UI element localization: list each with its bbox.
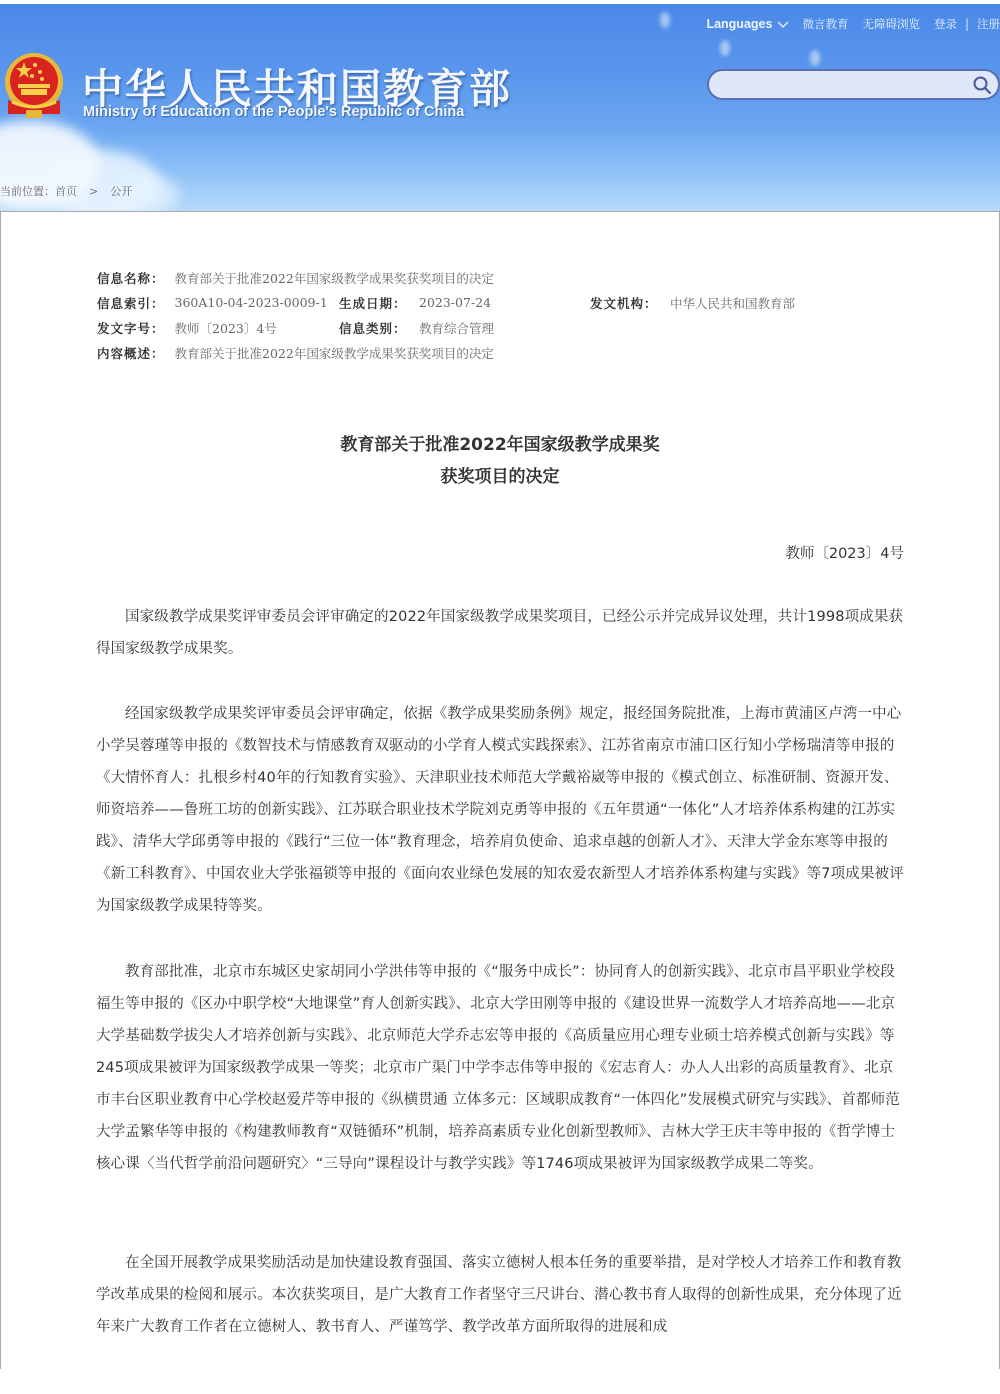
dandelion-decoration (720, 40, 730, 56)
login-link[interactable]: 登录 (934, 16, 957, 32)
breadcrumb-separator-icon: > (89, 185, 98, 198)
breadcrumb: 当前位置： 首页 > 公开 (0, 183, 132, 199)
search-input[interactable] (709, 71, 959, 98)
info-name-value: 教育部关于批准2022年国家级教学成果奖获奖项目的决定 (175, 269, 494, 287)
meta-row-name: 信息名称： 教育部关于批准2022年国家级教学成果奖获奖项目的决定 (97, 265, 494, 290)
top-links: Languages 微言教育 无障碍浏览 登录 | 注册 (706, 16, 1000, 32)
docno-value: 教师〔2023〕4号 (175, 319, 277, 337)
languages-dropdown[interactable]: Languages (706, 17, 772, 31)
site-subtitle[interactable]: Ministry of Education of the People's Re… (83, 104, 464, 120)
meta-row-summary: 内容概述： 教育部关于批准2022年国家级教学成果奖获奖项目的决定 (97, 340, 494, 365)
breadcrumb-home[interactable]: 首页 (55, 183, 77, 199)
meta-row-index: 信息索引： 360A10-04-2023-0009-1 生成日期： 2023-0… (97, 290, 494, 315)
dandelion-decoration (810, 50, 820, 66)
search-icon[interactable] (972, 75, 992, 95)
docno-label: 发文字号： (97, 319, 165, 337)
site-header: 中华人民共和国教育部 Ministry of Education of the … (0, 0, 1000, 211)
top-border (0, 0, 1000, 4)
info-index-label: 信息索引： (97, 294, 165, 312)
breadcrumb-label: 当前位置： (0, 183, 55, 199)
search-box (707, 69, 1000, 100)
document-number: 教师〔2023〕4号 (785, 542, 904, 563)
document-title-line2: 获奖项目的决定 (0, 462, 1000, 487)
accessibility-link[interactable]: 无障碍浏览 (862, 16, 920, 32)
link-divider: | (965, 17, 969, 31)
date-label: 生成日期： (339, 294, 407, 312)
info-index-value: 360A10-04-2023-0009-1 (175, 295, 328, 310)
body-paragraph: 在全国开展教学成果奖励活动是加快建设教育强国、落实立德树人根本任务的重要举措，是… (96, 1247, 906, 1343)
body-paragraph: 教育部批准，北京市东城区史家胡同小学洪伟等申报的《“服务中成长”：协同育人的创新… (96, 956, 906, 1180)
info-metadata: 信息名称： 教育部关于批准2022年国家级教学成果奖获奖项目的决定 信息索引： … (97, 265, 494, 365)
dandelion-decoration (660, 12, 670, 28)
issuer-label: 发文机构： (590, 294, 658, 312)
weiyan-link[interactable]: 微言教育 (802, 16, 848, 32)
summary-label: 内容概述： (97, 344, 165, 362)
meta-row-docno: 发文字号： 教师〔2023〕4号 信息类别： 教育综合管理 (97, 315, 494, 340)
info-name-label: 信息名称： (97, 269, 165, 287)
body-paragraph: 国家级教学成果奖评审委员会评审确定的2022年国家级教学成果奖项目，已经公示并完… (96, 601, 906, 665)
date-value: 2023-07-24 (419, 295, 491, 310)
register-link[interactable]: 注册 (977, 16, 1000, 32)
national-emblem-icon[interactable] (2, 52, 66, 122)
chevron-down-icon[interactable] (776, 17, 790, 31)
summary-value: 教育部关于批准2022年国家级教学成果奖获奖项目的决定 (175, 344, 494, 362)
body-paragraph: 经国家级教学成果奖评审委员会评审确定，依据《教学成果奖励条例》规定，报经国务院批… (96, 698, 906, 922)
category-label: 信息类别： (339, 319, 407, 337)
document-title-line1: 教育部关于批准2022年国家级教学成果奖 (0, 430, 1000, 455)
issuer-value: 中华人民共和国教育部 (670, 294, 795, 312)
category-value: 教育综合管理 (419, 319, 494, 337)
breadcrumb-public[interactable]: 公开 (110, 183, 132, 199)
